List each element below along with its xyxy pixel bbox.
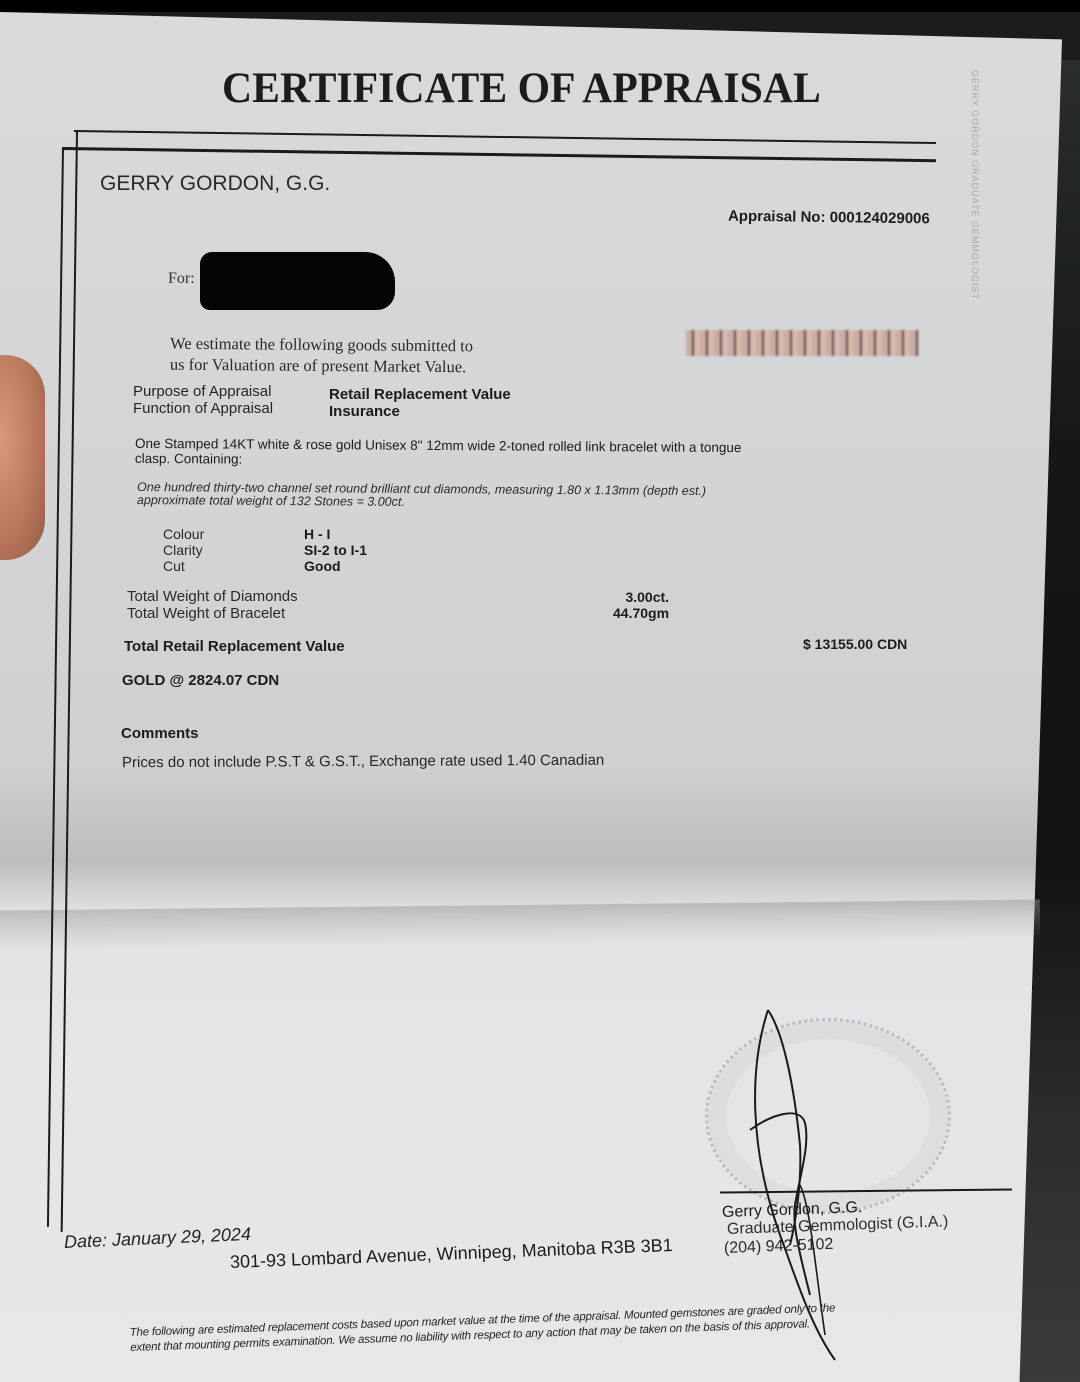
colour-label: Colour: [163, 526, 204, 542]
weight-values: 3.00ct. 44.70gm: [613, 589, 669, 621]
appraiser-header: GERRY GORDON, G.G.: [100, 172, 330, 196]
comments-heading: Comments: [121, 725, 199, 742]
estimate-line-1: We estimate the following goods submitte…: [170, 333, 473, 357]
function-value: Insurance: [329, 403, 511, 420]
redacted-client-name: [200, 252, 395, 310]
weight-labels: Total Weight of Diamonds Total Weight of…: [127, 588, 298, 622]
estimate-line-2: us for Valuation are of present Market V…: [170, 354, 473, 378]
colour-value: H - I: [304, 526, 367, 542]
for-label: For:: [168, 270, 195, 288]
certificate-title: CERTIFICATE OF APPRAISAL: [222, 64, 821, 113]
purpose-value: Retail Replacement Value: [329, 386, 511, 403]
diamond-description: One hundred thirty-two channel set round…: [137, 481, 706, 511]
clarity-label: Clarity: [163, 542, 204, 558]
appraisal-number: Appraisal No: 000124029006: [728, 208, 930, 228]
item-description: One Stamped 14KT white & rose gold Unise…: [135, 436, 742, 470]
purpose-values: Retail Replacement Value Insurance: [329, 386, 511, 420]
bracelet-weight-value: 44.70gm: [613, 605, 669, 621]
holding-thumb: [0, 355, 45, 560]
estimate-statement: We estimate the following goods submitte…: [170, 333, 473, 378]
clarity-value: SI-2 to I-1: [304, 542, 367, 558]
comments-text: Prices do not include P.S.T & G.S.T., Ex…: [122, 752, 604, 772]
grading-values: H - I SI-2 to I-1 Good: [304, 526, 367, 574]
purpose-labels: Purpose of Appraisal Function of Apprais…: [133, 383, 273, 417]
cut-label: Cut: [163, 558, 204, 574]
bracelet-weight-label: Total Weight of Bracelet: [127, 605, 298, 622]
function-label: Function of Appraisal: [133, 400, 273, 417]
diamond-weight-label: Total Weight of Diamonds: [127, 588, 298, 605]
total-value-amount: $ 13155.00 CDN: [803, 636, 907, 652]
grading-labels: Colour Clarity Cut: [163, 526, 204, 574]
margin-watermark: GERRY GORDON GRADUATE GEMMOLOGIST: [970, 70, 980, 300]
photo-top-border: [0, 0, 1080, 12]
gold-price: GOLD @ 2824.07 CDN: [122, 672, 279, 689]
purpose-label: Purpose of Appraisal: [133, 383, 273, 400]
cut-value: Good: [304, 558, 367, 574]
diamond-weight-value: 3.00ct.: [613, 589, 669, 605]
redacted-value-stamp: [686, 330, 919, 356]
total-value-label: Total Retail Replacement Value: [124, 638, 345, 655]
